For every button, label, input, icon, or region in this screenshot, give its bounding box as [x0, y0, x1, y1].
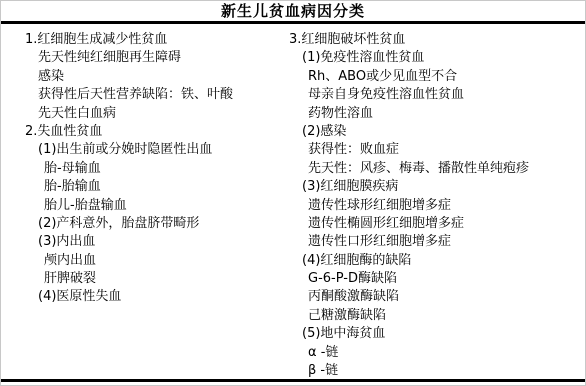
outline-item: 先天性白血病: [25, 105, 287, 123]
outline-item: 2.失血性贫血: [25, 123, 287, 141]
outline-item: (2)产科意外，胎盘脐带畸形: [25, 215, 287, 233]
bottom-rule: [1, 379, 585, 382]
outline-item: Rh、ABO或少见血型不合: [289, 68, 581, 86]
outline-item: (3)内出血: [25, 233, 287, 251]
document: 新生儿贫血病因分类 1.红细胞生成减少性贫血先天性纯红细胞再生障碍感染获得性后天…: [0, 0, 586, 386]
outline-item: 颅内出血: [25, 252, 287, 270]
outline-item: 母亲自身免疫性溶血性贫血: [289, 86, 581, 104]
outline-item: (1)出生前或分娩时隐匿性出血: [25, 141, 287, 159]
outline-item: 胎儿-胎盘输血: [25, 197, 287, 215]
outline-item: 先天性：风疹、梅毒、播散性单纯疱疹: [289, 160, 581, 178]
outline-item: 先天性纯红细胞再生障碍: [25, 49, 287, 67]
document-title: 新生儿贫血病因分类: [1, 1, 585, 21]
document-body: 1.红细胞生成减少性贫血先天性纯红细胞再生障碍感染获得性后天性营养缺陷：铁、叶酸…: [1, 24, 585, 379]
outline-item: 1.红细胞生成减少性贫血: [25, 31, 287, 49]
outline-item: 获得性后天性营养缺陷：铁、叶酸: [25, 86, 287, 104]
outline-item: β -链: [289, 362, 581, 380]
outline-item: 胎-胎输血: [25, 178, 287, 196]
outline-item: 获得性：败血症: [289, 141, 581, 159]
outline-item: α -链: [289, 344, 581, 362]
outline-item: (1)免疫性溶血性贫血: [289, 49, 581, 67]
left-column: 1.红细胞生成减少性贫血先天性纯红细胞再生障碍感染获得性后天性营养缺陷：铁、叶酸…: [25, 31, 287, 307]
outline-item: 遗传性球形红细胞增多症: [289, 197, 581, 215]
outline-item: 遗传性口形红细胞增多症: [289, 233, 581, 251]
outline-item: 药物性溶血: [289, 105, 581, 123]
outline-item: 胎-母输血: [25, 160, 287, 178]
outline-item: 3.红细胞破坏性贫血: [289, 31, 581, 49]
right-column: 3.红细胞破坏性贫血(1)免疫性溶血性贫血Rh、ABO或少见血型不合母亲自身免疫…: [289, 31, 581, 380]
outline-item: (4)医原性失血: [25, 288, 287, 306]
outline-item: 感染: [25, 68, 287, 86]
outline-item: (3)红细胞膜疾病: [289, 178, 581, 196]
outline-item: 遗传性椭圆形红细胞增多症: [289, 215, 581, 233]
outline-item: 肝脾破裂: [25, 270, 287, 288]
outline-item: (5)地中海贫血: [289, 325, 581, 343]
outline-item: (2)感染: [289, 123, 581, 141]
outline-item: 丙酮酸激酶缺陷: [289, 288, 581, 306]
outline-item: 己糖激酶缺陷: [289, 307, 581, 325]
outline-item: G-6-P-D酶缺陷: [289, 270, 581, 288]
outline-item: (4)红细胞酶的缺陷: [289, 252, 581, 270]
